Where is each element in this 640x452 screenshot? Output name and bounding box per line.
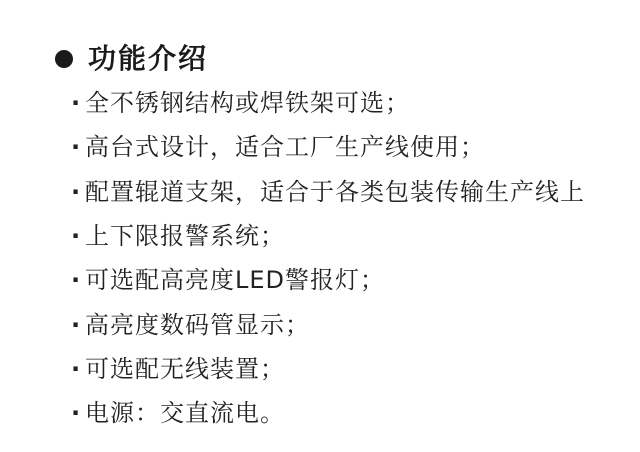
bullet-icon: · [71,401,85,425]
feature-text: 电源：交直流电。 [85,401,285,425]
section-header: 功能介绍 [55,42,620,76]
bullet-icon: · [71,91,85,115]
bullet-icon: · [71,224,85,248]
bullet-icon: · [71,180,85,204]
feature-text: 上下限报警系统； [85,224,285,248]
feature-text: 配置辊道支架，适合于各类包装传输生产线上 [85,180,585,204]
feature-intro-page: 功能介绍 · 全不锈钢结构或焊铁架可选； · 高台式设计，适合工厂生产线使用； … [0,0,640,452]
list-item: · 高台式设计，适合工厂生产线使用； [55,125,620,169]
feature-list: · 全不锈钢结构或焊铁架可选； · 高台式设计，适合工厂生产线使用； · 配置辊… [55,81,620,435]
list-item: · 配置辊道支架，适合于各类包装传输生产线上 [55,170,620,214]
bullet-icon: · [71,135,85,159]
list-item: · 全不锈钢结构或焊铁架可选； [55,81,620,125]
list-item: · 可选配无线装置； [55,347,620,391]
bullet-icon: · [71,357,85,381]
list-item: · 上下限报警系统； [55,214,620,258]
feature-text: 高台式设计，适合工厂生产线使用； [85,135,485,159]
feature-text: 全不锈钢结构或焊铁架可选； [85,91,410,115]
bullet-icon: · [71,268,85,292]
feature-text: 可选配高亮度LED警报灯； [85,268,385,292]
list-item: · 高亮度数码管显示； [55,302,620,346]
page-title: 功能介绍 [88,42,208,76]
list-item: · 可选配高亮度LED警报灯； [55,258,620,302]
section-bullet-icon [55,50,73,68]
feature-text: 可选配无线装置； [85,357,285,381]
feature-text: 高亮度数码管显示； [85,313,310,337]
list-item: · 电源：交直流电。 [55,391,620,435]
bullet-icon: · [71,313,85,337]
